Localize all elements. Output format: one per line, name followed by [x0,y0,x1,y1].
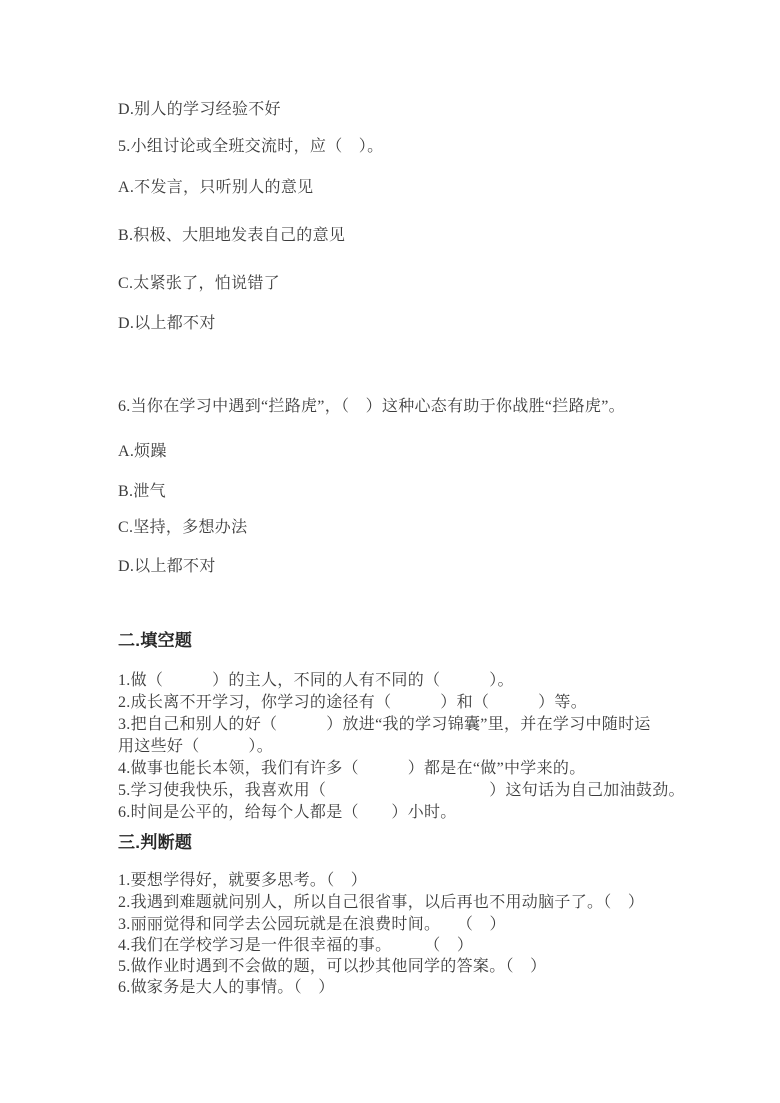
fill-item-2: 2.成长离不开学习，你学习的途径有（ ）和（ ）等。 [118,692,587,714]
judge-item-4: 4.我们在学校学习是一件很幸福的事。 （ ） [118,935,473,957]
fill-item-6: 6.时间是公平的，给每个人都是（ ）小时。 [118,802,457,824]
judge-item-6: 6.做家务是大人的事情。（ ） [118,977,335,999]
exam-document-page: D.别人的学习经验不好 5.小组讨论或全班交流时，应（ ）。 A.不发言，只听别… [0,0,780,1103]
mc-q5-option-c: C.太紧张了，怕说错了 [118,273,280,295]
judge-item-5: 5.做作业时遇到不会做的题，可以抄其他同学的答案。（ ） [118,956,546,978]
section-title-fill-in-blanks: 二.填空题 [118,630,192,652]
fill-item-3-cont: 用这些好（ ）。 [118,736,273,758]
section-title-true-false: 三.判断题 [118,832,192,854]
fill-item-4: 4.做事也能长本领，我们有许多（ ）都是在“做”中学来的。 [118,758,586,780]
mc-q6-option-c: C.坚持，多想办法 [118,517,247,539]
mc-q5-option-d: D.以上都不对 [118,313,216,335]
mc-q6-option-d: D.以上都不对 [118,556,216,578]
judge-item-3: 3.丽丽觉得和同学去公园玩就是在浪费时间。 （ ） [118,914,506,936]
fill-item-3: 3.把自己和别人的好（ ）放进“我的学习锦囊”里，并在学习中随时运 [118,714,651,736]
mc-option-prev-d: D.别人的学习经验不好 [118,99,281,121]
mc-question-5-stem: 5.小组讨论或全班交流时，应（ ）。 [118,136,383,158]
mc-question-6-stem: 6.当你在学习中遇到“拦路虎”，（ ）这种心态有助于你战胜“拦路虎”。 [118,396,625,418]
mc-q6-option-a: A.烦躁 [118,441,167,463]
fill-item-5: 5.学习使我快乐，我喜欢用（ ）这句话为自己加油鼓劲。 [118,780,685,802]
judge-item-1: 1.要想学得好，就要多思考。（ ） [118,870,367,892]
mc-q6-option-b: B.泄气 [118,481,166,503]
mc-q5-option-b: B.积极、大胆地发表自己的意见 [118,225,345,247]
judge-item-2: 2.我遇到难题就问别人，所以自己很省事，以后再也不用动脑子了。（ ） [118,892,644,914]
mc-q5-option-a: A.不发言，只听别人的意见 [118,177,313,199]
fill-item-1: 1.做（ ）的主人，不同的人有不同的（ ）。 [118,670,514,692]
